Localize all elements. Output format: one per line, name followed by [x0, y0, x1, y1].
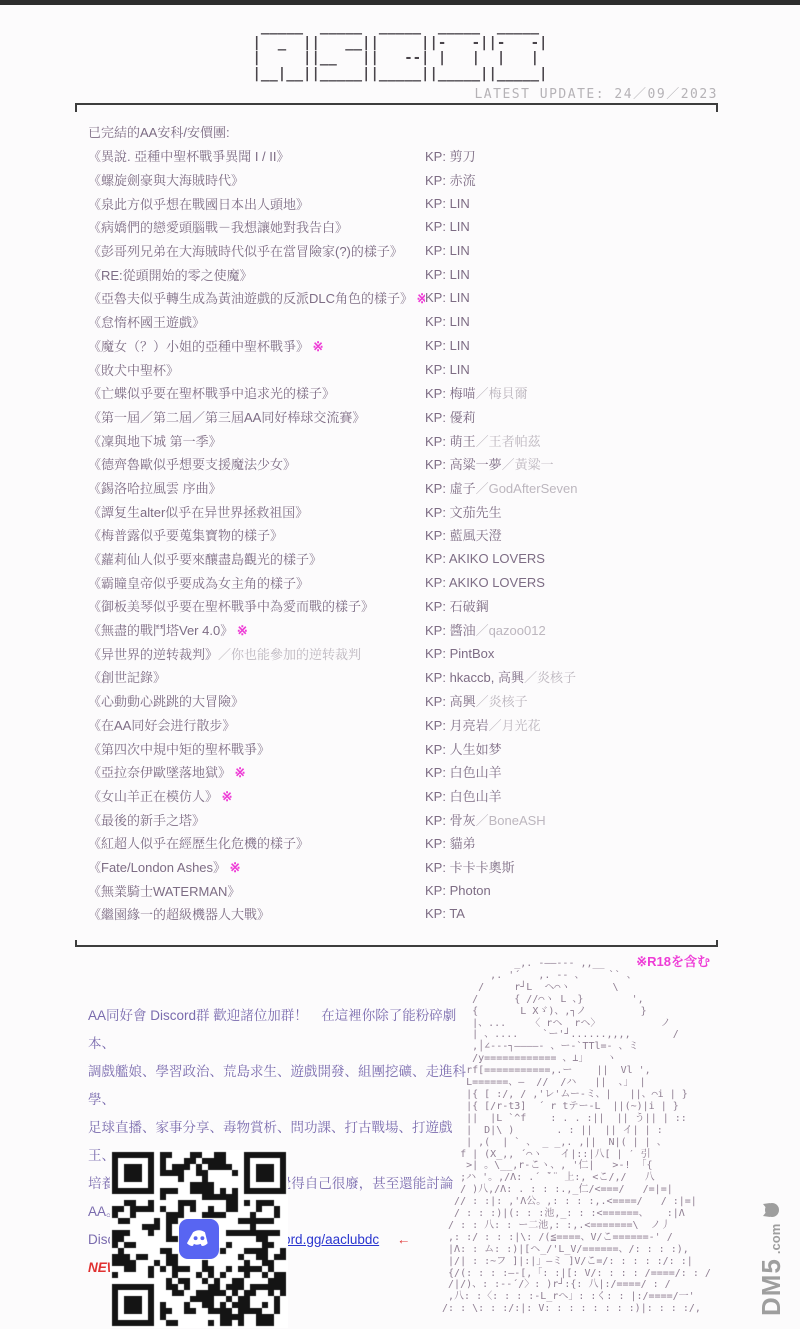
list-item: 《創世記錄》KP: hkaccb, 高興／炎核子: [88, 665, 733, 689]
entry-title: 《病嬌們的戀愛頭腦戰－我想讓她對我告白》: [88, 217, 425, 236]
list-item: 《亞拉奈伊歐墜落地獄》 ※KP: 白色山羊: [88, 760, 733, 784]
list-item: 《霸瞳皇帝似乎要成為女主角的樣子》KP: AKIKO LOVERS: [88, 570, 733, 594]
entry-title: 《怠惰杯國王遊戲》: [88, 312, 425, 331]
list-item: 《螺旋劍豪與大海賊時代》KP: 赤流: [88, 168, 733, 192]
list-item: 《亡蝶似乎要在聖杯戰爭中追求光的樣子》KP: 梅喵／梅貝爾: [88, 381, 733, 405]
entry-title: 《Fate/London Ashes》 ※: [88, 857, 425, 876]
cat-icon: [762, 1200, 780, 1220]
entry-kp: KP: 人生如梦: [425, 739, 502, 758]
entry-title: 《RE:從頭開始的零之使魔》: [88, 265, 425, 284]
entry-title: 《在AA同好会进行散步》: [88, 715, 425, 734]
entry-title: 《異說. 亞種中聖杯戰爭異聞 I / II》: [88, 146, 425, 165]
entry-title: 《心動動心跳跳的大冒險》: [88, 691, 425, 710]
latest-update-label: LATEST UPDATE: 24／09／2023: [474, 83, 718, 102]
entry-kp: KP: LIN: [425, 196, 470, 211]
list-item: 《梅普露似乎要蒐集寶物的樣子》KP: 藍風天澄: [88, 523, 733, 547]
list-item: 《泉此方似乎想在戰國日本出人頭地》KP: LIN: [88, 191, 733, 215]
entry-kp: KP: 月亮岩／月光花: [425, 715, 541, 734]
list-item: 《無業騎士WATERMAN》KP: Photon: [88, 878, 733, 902]
entry-kp: KP: 藍風天澄: [425, 525, 502, 544]
list-item: 《德齊魯歐似乎想要支援魔法少女》KP: 高粱一夢／黃粱一: [88, 452, 733, 476]
list-item: 《女山羊正在模仿人》 ※KP: 白色山羊: [88, 784, 733, 808]
list-item: 《RE:從頭開始的零之使魔》KP: LIN: [88, 262, 733, 286]
entry-kp: KP: LIN: [425, 314, 470, 329]
list-item: 《怠惰杯國王遊戲》KP: LIN: [88, 310, 733, 334]
entry-title: 《德齊魯歐似乎想要支援魔法少女》: [88, 454, 425, 473]
entry-kp: KP: 文茄先生: [425, 502, 502, 521]
entry-title: 《泉此方似乎想在戰國日本出人頭地》: [88, 194, 425, 213]
r18-mark: ※: [233, 623, 248, 638]
list-item: 《心動動心跳跳的大冒險》KP: 高興／炎核子: [88, 689, 733, 713]
entry-kp: KP: 虛子／GodAfterSeven: [425, 478, 577, 497]
entry-title: 《敗犬中聖杯》: [88, 360, 425, 379]
entry-kp: KP: hkaccb, 高興／炎核子: [425, 667, 576, 686]
dm5-watermark: DM5.com: [756, 1200, 787, 1316]
entry-kp: KP: 卡卡卡奧斯: [425, 857, 515, 876]
entry-title: 《亡蝶似乎要在聖杯戰爭中追求光的樣子》: [88, 383, 425, 402]
r18-mark: ※: [218, 789, 233, 804]
entry-title: 《魔女（？）小姐的亞種中聖杯戰爭》 ※: [88, 336, 425, 355]
entry-title: 《譚复生alter似乎在异世界拯救祖国》: [88, 502, 425, 521]
top-bar: [0, 0, 800, 5]
entry-list: 《異說. 亞種中聖杯戰爭異聞 I / II》KP: 剪刀《螺旋劍豪與大海賊時代》…: [88, 144, 733, 926]
entry-title: 《异世界的逆转裁判》／你也能參加的逆转裁判: [88, 644, 425, 663]
entry-kp: KP: LIN: [425, 219, 470, 234]
page: _____ _____ _____ _____ _____ | _ || __|…: [0, 0, 800, 1329]
character-ascii-art: _,. -――--- ,,__ ,. '´ ,. -- 、 `` 、 / r┘L…: [436, 958, 711, 1315]
entry-title: 《第四次中規中矩的聖杯戰爭》: [88, 739, 425, 758]
entry-kp: KP: 梅喵／梅貝爾: [425, 383, 528, 402]
list-item: 《第四次中規中矩的聖杯戰爭》KP: 人生如梦: [88, 736, 733, 760]
entry-kp: KP: TA: [425, 906, 465, 921]
entry-title: 《創世記錄》: [88, 667, 425, 686]
list-item: 《亞魯夫似乎轉生成為黃油遊戲的反派DLC角色的樣子》 ※KP: LIN: [88, 286, 733, 310]
list-header: 已完結的AA安科/安價團:: [88, 122, 230, 141]
discord-line: AA同好會 Discord群 歡迎諸位加群！ 在這裡你除了能粉碎劇本、: [88, 1002, 468, 1058]
entry-kp: KP: 白色山羊: [425, 786, 502, 805]
entry-kp: KP: 萌王／王者帕茲: [425, 431, 541, 450]
entry-title: 《女山羊正在模仿人》 ※: [88, 786, 425, 805]
list-item: 《異說. 亞種中聖杯戰爭異聞 I / II》KP: 剪刀: [88, 144, 733, 168]
entry-kp: KP: 骨灰／BoneASH: [425, 810, 546, 829]
entry-title: 《繼園緣一的超級機器人大戰》: [88, 904, 425, 923]
entry-title: 《亞拉奈伊歐墜落地獄》 ※: [88, 762, 425, 781]
discord-logo-icon: [179, 1219, 219, 1259]
entry-title: 《第一屆／第二屆／第三屆AA同好棒球交流賽》: [88, 407, 425, 426]
watermark-text: DM5: [756, 1258, 787, 1316]
entry-kp: KP: PintBox: [425, 646, 494, 661]
entry-title: 《無業騎士WATERMAN》: [88, 881, 425, 900]
discord-line: 調戲艦娘、學習政治、荒島求生、遊戲開發、組團挖礦、走進科學、: [88, 1058, 468, 1114]
entry-title: 《最後的新手之塔》: [88, 810, 425, 829]
entry-kp: KP: AKIKO LOVERS: [425, 575, 545, 590]
entry-kp: KP: 白色山羊: [425, 762, 502, 781]
list-item: 《無盡的戰鬥塔Ver 4.0》 ※KP: 醬油／qazoo012: [88, 618, 733, 642]
r18-mark: ※: [226, 860, 241, 875]
entry-title: 《彭哥列兄弟在大海賊時代似乎在當冒險家(?)的樣子》: [88, 241, 425, 260]
entry-title: 《螺旋劍豪與大海賊時代》: [88, 170, 425, 189]
list-item: 《凜與地下城 第一季》KP: 萌王／王者帕茲: [88, 428, 733, 452]
entry-kp: KP: LIN: [425, 267, 470, 282]
entry-kp: KP: 優莉: [425, 407, 476, 426]
bottom-rule: [75, 945, 718, 947]
entry-kp: KP: LIN: [425, 243, 470, 258]
entry-kp: KP: 高興／炎核子: [425, 691, 528, 710]
discord-mascot-icon: [182, 1222, 216, 1256]
entry-title: 《霸瞳皇帝似乎要成為女主角的樣子》: [88, 573, 425, 592]
r18-mark: ※: [309, 339, 324, 354]
list-item: 《彭哥列兄弟在大海賊時代似乎在當冒險家(?)的樣子》KP: LIN: [88, 239, 733, 263]
list-item: 《繼園緣一的超級機器人大戰》KP: TA: [88, 902, 733, 926]
list-item: 《异世界的逆转裁判》／你也能參加的逆转裁判KP: PintBox: [88, 641, 733, 665]
entry-title: 《無盡的戰鬥塔Ver 4.0》 ※: [88, 620, 425, 639]
list-item: 《在AA同好会进行散步》KP: 月亮岩／月光花: [88, 713, 733, 737]
entry-kp: KP: Photon: [425, 883, 491, 898]
list-item: 《病嬌們的戀愛頭腦戰－我想讓她對我告白》KP: LIN: [88, 215, 733, 239]
entry-kp: KP: 剪刀: [425, 146, 476, 165]
entry-kp: KP: 貓弟: [425, 833, 476, 852]
entry-title: 《紅超人似乎在經歷生化危機的樣子》: [88, 833, 425, 852]
entry-kp: KP: LIN: [425, 338, 470, 353]
list-item: 《Fate/London Ashes》 ※KP: 卡卡卡奧斯: [88, 855, 733, 879]
top-rule: [75, 103, 718, 105]
entry-kp: KP: 醬油／qazoo012: [425, 620, 546, 639]
entry-title: 《蘿莉仙人似乎要來釀盡島觀光的樣子》: [88, 549, 425, 568]
list-item: 《譚复生alter似乎在异世界拯救祖国》KP: 文茄先生: [88, 499, 733, 523]
list-item: 《蘿莉仙人似乎要來釀盡島觀光的樣子》KP: AKIKO LOVERS: [88, 547, 733, 571]
entry-title: 《錫洛哈拉風雲 序曲》: [88, 478, 425, 497]
entry-kp: KP: 高粱一夢／黃粱一: [425, 454, 554, 473]
entry-title: 《亞魯夫似乎轉生成為黃油遊戲的反派DLC角色的樣子》 ※: [88, 288, 425, 307]
entry-kp: KP: LIN: [425, 290, 470, 305]
entry-kp: KP: AKIKO LOVERS: [425, 551, 545, 566]
entry-kp: KP: 石破鋼: [425, 596, 489, 615]
list-item: 《錫洛哈拉風雲 序曲》KP: 虛子／GodAfterSeven: [88, 476, 733, 500]
entry-title: 《御板美琴似乎要在聖杯戰爭中為愛而戰的樣子》: [88, 596, 425, 615]
list-item: 《最後的新手之塔》KP: 骨灰／BoneASH: [88, 807, 733, 831]
list-item: 《第一屆／第二屆／第三屆AA同好棒球交流賽》KP: 優莉: [88, 405, 733, 429]
entry-kp: KP: LIN: [425, 362, 470, 377]
list-item: 《紅超人似乎在經歷生化危機的樣子》KP: 貓弟: [88, 831, 733, 855]
r18-mark: ※: [413, 291, 425, 306]
entry-title: 《凜與地下城 第一季》: [88, 431, 425, 450]
ascii-logo: _____ _____ _____ _____ _____ | _ || __|…: [0, 20, 800, 83]
list-item: 《敗犬中聖杯》KP: LIN: [88, 357, 733, 381]
discord-qr-code: [110, 1150, 288, 1328]
entry-title: 《梅普露似乎要蒐集寶物的樣子》: [88, 525, 425, 544]
ascii-logo-text: _____ _____ _____ _____ _____ | _ || __|…: [252, 20, 547, 83]
list-item: 《御板美琴似乎要在聖杯戰爭中為愛而戰的樣子》KP: 石破鋼: [88, 594, 733, 618]
r18-mark: ※: [231, 765, 246, 780]
entry-kp: KP: 赤流: [425, 170, 476, 189]
list-item: 《魔女（？）小姐的亞種中聖杯戰爭》 ※KP: LIN: [88, 334, 733, 358]
